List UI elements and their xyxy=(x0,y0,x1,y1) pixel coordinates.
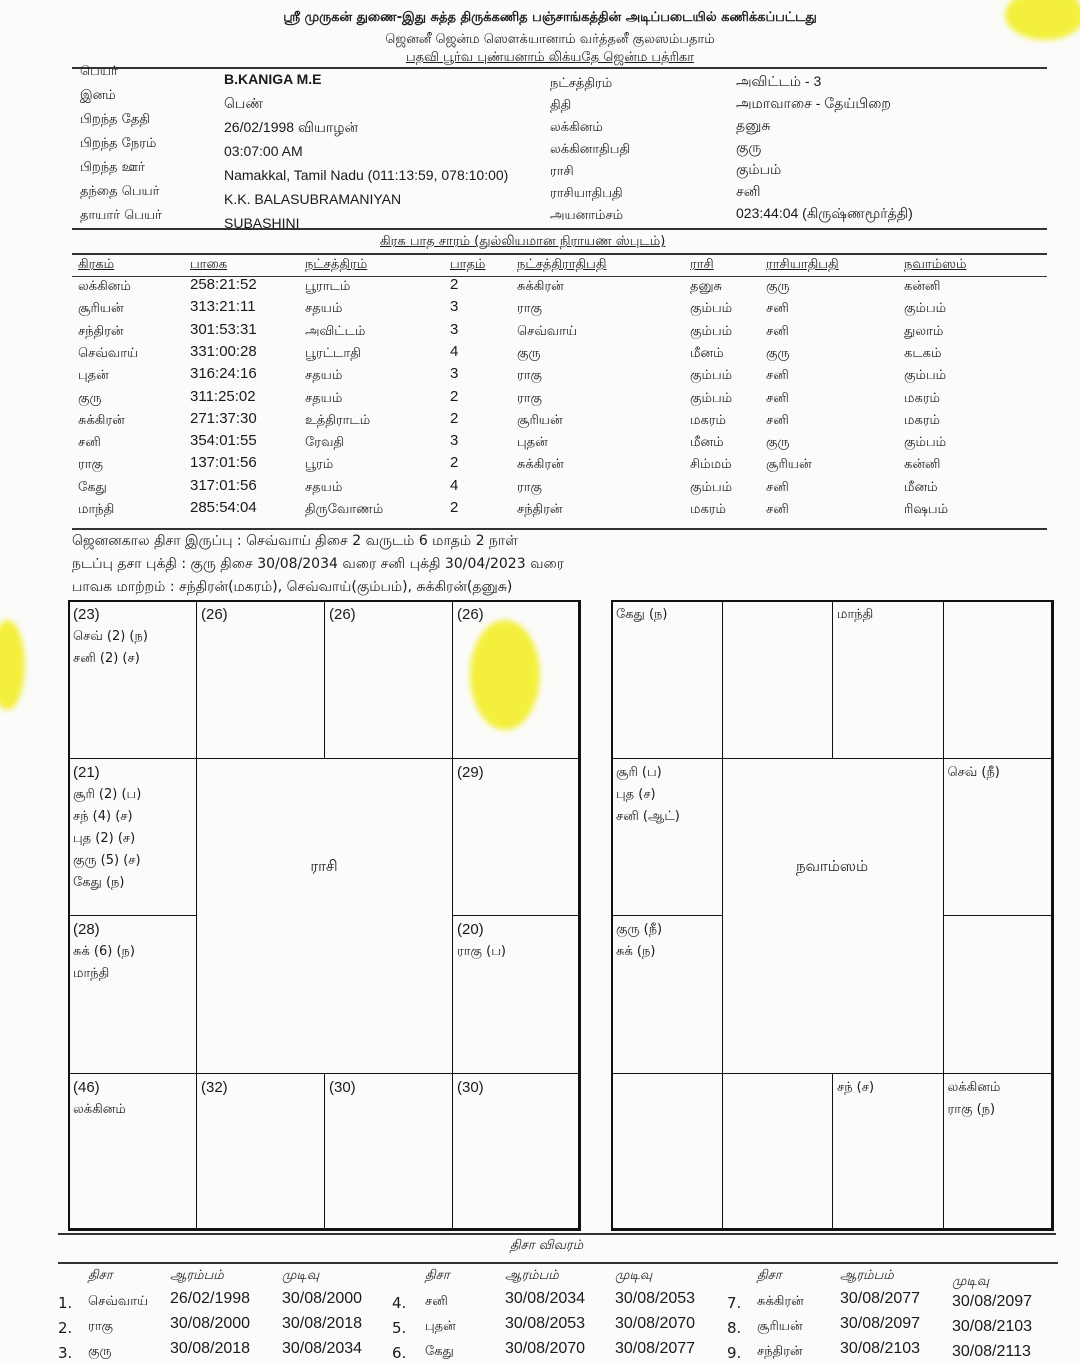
dasa-start: 30/08/2018 xyxy=(170,1340,250,1358)
dasa-balance: ஜெனனகால திசா இருப்பு : செவ்வாய் திசை 2 வ… xyxy=(72,533,518,551)
house-simmam: (20)ராகு (ப) xyxy=(452,915,581,1074)
table-cell: குரு xyxy=(766,279,790,295)
bhava-change: பாவக மாற்றம் : சந்திரன்(மகரம்), செவ்வாய்… xyxy=(72,579,512,597)
planet-entry: சனி (2) (ச) xyxy=(73,648,192,670)
field-label: பிறந்த ஊர் xyxy=(80,160,145,176)
table-cell: தனுசு xyxy=(690,279,722,295)
table-cell: ரேவதி xyxy=(305,435,344,451)
table-cell: சுக்கிரன் xyxy=(517,279,564,295)
house-kumbam: (21)சூரி (2) (ப)சந் (4) (ச)புத (2) (ச)கு… xyxy=(68,758,197,917)
dasa-planet: சந்திரன் xyxy=(757,1344,803,1360)
table-cell: சனி xyxy=(766,368,789,384)
house-degree: (21) xyxy=(73,762,192,784)
table-cell: 354:01:55 xyxy=(190,432,257,449)
dasa-index: 8. xyxy=(727,1319,741,1337)
dasa-header: திசா xyxy=(425,1268,450,1284)
table-cell: கும்பம் xyxy=(690,368,732,384)
table-cell: புதன் xyxy=(78,368,109,384)
table-cell: கன்னி xyxy=(904,457,940,473)
dasa-start: 26/02/1998 xyxy=(170,1290,250,1308)
table-cell: குரு xyxy=(78,391,102,407)
house-degree: (26) xyxy=(457,604,576,626)
planet-entry: குரு (5) (ச) xyxy=(73,850,192,872)
table-cell: மகரம் xyxy=(690,413,726,429)
dasa-planet: கேது xyxy=(425,1344,454,1360)
table-cell: 316:24:16 xyxy=(190,365,257,382)
dasa-index: 2. xyxy=(58,1319,72,1337)
table-cell: சூரியன் xyxy=(78,301,124,317)
dasa-end: 30/08/2113 xyxy=(952,1343,1031,1361)
house-kumbam: சூரி (ப)புத (ச)சனி (ஆட்) xyxy=(611,758,723,917)
field-value: அவிட்டம் - 3 xyxy=(736,73,821,92)
table-cell: 311:25:02 xyxy=(190,388,256,405)
house-degree: (23) xyxy=(73,604,192,626)
table-cell: கும்பம் xyxy=(690,301,732,317)
dasa-index: 5. xyxy=(392,1319,406,1337)
table-cell: செவ்வாய் xyxy=(78,346,138,362)
table-cell: 2 xyxy=(450,388,458,405)
house-dhanusu: (46)லக்கினம் xyxy=(68,1073,197,1232)
table-cell: சதயம் xyxy=(305,368,342,384)
dasa-index: 1. xyxy=(58,1294,72,1312)
dasa-planet: சூரியன் xyxy=(757,1319,803,1335)
table-cell: சந்திரன் xyxy=(78,324,124,340)
table-cell: பூரட்டாதி xyxy=(305,346,361,362)
table-cell: 2 xyxy=(450,276,458,293)
table-cell: அவிட்டம் xyxy=(305,324,365,340)
planet-entry: லக்கினம் xyxy=(948,1077,1050,1099)
planet-entry: புத (2) (ச) xyxy=(73,828,192,850)
field-label: தந்தை பெயர் xyxy=(80,184,159,200)
column-header: நவாம்ஸம் xyxy=(904,257,966,273)
table-cell: திருவோணம் xyxy=(305,502,383,518)
dasa-planet: புதன் xyxy=(425,1319,456,1335)
table-cell: கடகம் xyxy=(904,346,941,362)
field-value: 023:44:04 (கிருஷ்ணமூர்த்தி) xyxy=(736,205,913,224)
table-cell: மீனம் xyxy=(690,346,724,362)
dasa-start: 30/08/2077 xyxy=(840,1290,920,1308)
house-simmam xyxy=(943,915,1055,1074)
planet-entry: செவ் (2) (ந) xyxy=(73,626,192,648)
planet-entry: சனி (ஆட்) xyxy=(616,806,718,828)
table-cell: சதயம் xyxy=(305,480,342,496)
table-cell: மீனம் xyxy=(690,435,724,451)
house-degree: (26) xyxy=(201,604,320,626)
table-cell: கும்பம் xyxy=(690,480,732,496)
field-value: தனுசு xyxy=(736,117,771,136)
field-label: லக்கினாதிபதி xyxy=(550,142,630,158)
dasa-start: 30/08/2097 xyxy=(840,1315,920,1333)
column-header: பாகை xyxy=(190,257,227,273)
field-value: கும்பம் xyxy=(736,161,781,180)
table-cell: 258:21:52 xyxy=(190,276,257,293)
house-degree: (32) xyxy=(201,1077,320,1099)
house-meenam: கேது (ந) xyxy=(611,600,723,759)
table-cell: சதயம் xyxy=(305,391,342,407)
table-cell: லக்கினம் xyxy=(78,279,131,295)
field-label: ராசி xyxy=(550,164,574,180)
dasa-index: 6. xyxy=(392,1344,406,1362)
column-header: ராசியாதிபதி xyxy=(766,257,839,273)
dasa-header: முடிவு xyxy=(952,1274,989,1290)
table-cell: ராகு xyxy=(517,480,542,496)
planet-entry: மாந்தி xyxy=(73,963,192,985)
planet-entry: குரு (நீ) xyxy=(616,919,718,941)
dasa-header: ஆரம்பம் xyxy=(840,1268,894,1284)
dasa-header: முடிவு xyxy=(282,1268,319,1284)
header-line-1: ஸ்ரீ முருகன் துணை-இது சுத்த திருக்கணித ப… xyxy=(200,10,900,26)
table-cell: சனி xyxy=(766,413,789,429)
table-cell: கும்பம் xyxy=(904,301,946,317)
column-header: கிரகம் xyxy=(78,257,114,273)
divider xyxy=(58,1262,1058,1264)
dasa-planet: சுக்கிரன் xyxy=(757,1294,804,1310)
column-header: ராசி xyxy=(690,257,714,273)
table-cell: மகரம் xyxy=(904,413,940,429)
table-cell: பூரம் xyxy=(305,457,333,473)
dasa-index: 4. xyxy=(392,1294,406,1312)
dasa-index: 3. xyxy=(58,1344,72,1362)
field-value: K.K. BALASUBRAMANIYAN xyxy=(224,191,401,207)
divider xyxy=(72,253,1047,255)
house-viruchigam xyxy=(722,1073,834,1232)
table-cell: 313:21:11 xyxy=(190,298,256,315)
house-viruchigam: (32) xyxy=(196,1073,325,1232)
field-value: Namakkal, Tamil Nadu (011:13:59, 078:10:… xyxy=(224,167,508,183)
table-cell: சந்திரன் xyxy=(517,502,563,518)
table-cell: சூரியன் xyxy=(517,413,563,429)
table-cell: 331:00:28 xyxy=(190,343,257,360)
table-cell: சூரியன் xyxy=(766,457,812,473)
dasa-planet: ராகு xyxy=(88,1319,113,1335)
column-header: பாதம் xyxy=(450,257,485,273)
field-label: தாயார் பெயர் xyxy=(80,208,162,224)
dasa-index: 9. xyxy=(727,1344,741,1362)
house-rishabam: (26) xyxy=(324,600,453,759)
table-cell: 2 xyxy=(450,410,458,427)
planet-entry: கேது (ந) xyxy=(73,872,192,894)
table-cell: கன்னி xyxy=(904,279,940,295)
dasa-planet: குரு xyxy=(88,1344,112,1360)
house-rishabam: மாந்தி xyxy=(832,600,944,759)
field-label: ராசியாதிபதி xyxy=(550,186,623,202)
field-value: 03:07:00 AM xyxy=(224,143,303,159)
dasa-title: திசா விவரம் xyxy=(510,1238,583,1254)
house-degree: (20) xyxy=(457,919,576,941)
table-cell: சனி xyxy=(766,324,789,340)
field-value: பெண் xyxy=(224,95,263,114)
divider xyxy=(72,276,1047,277)
table-cell: கும்பம் xyxy=(690,324,732,340)
divider xyxy=(72,528,1047,530)
house-degree: (30) xyxy=(329,1077,448,1099)
table-cell: ராகு xyxy=(517,301,542,317)
dasa-end: 30/08/2000 xyxy=(282,1290,362,1308)
table-cell: குரு xyxy=(766,346,790,362)
table-cell: 2 xyxy=(450,454,458,471)
dasa-end: 30/08/2053 xyxy=(615,1290,695,1308)
planet-entry: ராகு (ப) xyxy=(457,941,576,963)
field-label: பிறந்த தேதி xyxy=(80,112,150,128)
planet-entry: சந் (ச) xyxy=(837,1077,939,1099)
table-cell: சுக்கிரன் xyxy=(517,457,564,473)
dasa-header: ஆரம்பம் xyxy=(170,1268,224,1284)
table-cell: சனி xyxy=(766,391,789,407)
house-mesham: (26) xyxy=(196,600,325,759)
table-cell: கும்பம் xyxy=(690,391,732,407)
table-cell: மாந்தி xyxy=(78,502,114,518)
table-cell: மகரம் xyxy=(690,502,726,518)
house-degree: (30) xyxy=(457,1077,576,1099)
table-cell: 301:53:31 xyxy=(190,321,257,338)
table-cell: சனி xyxy=(766,480,789,496)
house-degree: (28) xyxy=(73,919,192,941)
field-label: திதி xyxy=(550,98,571,114)
field-value: சனி xyxy=(736,183,761,202)
dasa-header: திசா xyxy=(88,1268,113,1284)
planet-entry: புத (ச) xyxy=(616,784,718,806)
divider xyxy=(58,1233,1056,1235)
header-line-3: பதவி பூர்வ புண்யனாம் லிக்யதே ஜென்ம பத்ரி… xyxy=(200,50,900,66)
house-meenam: (23)செவ் (2) (ந)சனி (2) (ச) xyxy=(68,600,197,759)
planet-entry: கேது (ந) xyxy=(616,604,718,626)
table-cell: சனி xyxy=(766,502,789,518)
table-cell: 3 xyxy=(450,365,458,382)
house-magaram: குரு (நீ)சுக் (ந) xyxy=(611,915,723,1074)
field-label: பெயர் xyxy=(80,64,118,80)
dasa-start: 30/08/2103 xyxy=(840,1340,920,1358)
planet-entry: சூரி (2) (ப) xyxy=(73,784,192,806)
column-header: நட்சத்திரம் xyxy=(305,257,367,273)
current-dasa: நடப்பு தசா புக்தி : குரு திசை 30/08/2034… xyxy=(72,556,564,574)
column-header: நட்சத்திராதிபதி xyxy=(517,257,607,273)
table-cell: சதயம் xyxy=(305,301,342,317)
table-cell: 3 xyxy=(450,298,458,315)
table-cell: செவ்வாய் xyxy=(517,324,577,340)
house-degree: (26) xyxy=(329,604,448,626)
table-cell: 4 xyxy=(450,343,458,360)
table-cell: புதன் xyxy=(517,435,548,451)
table-cell: மகரம் xyxy=(904,391,940,407)
table-cell: ராகு xyxy=(517,391,542,407)
table-cell: சுக்கிரன் xyxy=(78,413,125,429)
house-kanni: லக்கினம்ராகு (ந) xyxy=(943,1073,1055,1232)
dasa-end: 30/08/2097 xyxy=(952,1293,1032,1311)
dasa-header: முடிவு xyxy=(615,1268,652,1284)
dasa-end: 30/08/2018 xyxy=(282,1315,362,1333)
table-cell: உத்திராடம் xyxy=(305,413,370,429)
table-cell: சிம்மம் xyxy=(690,457,732,473)
table-cell: கும்பம் xyxy=(904,435,946,451)
table-cell: பூராடம் xyxy=(305,279,350,295)
dasa-planet: சனி xyxy=(425,1294,448,1310)
house-kanni: (30) xyxy=(452,1073,581,1232)
planet-entry: சூரி (ப) xyxy=(616,762,718,784)
field-value: அமாவாசை - தேய்பிறை xyxy=(736,95,891,114)
planet-entry: ராகு (ந) xyxy=(948,1099,1050,1121)
divider xyxy=(72,67,1047,69)
table-cell: சனி xyxy=(766,301,789,317)
chart-center-label: ராசி xyxy=(196,857,452,877)
house-mithunam xyxy=(943,600,1055,759)
table-cell: சனி xyxy=(78,435,101,451)
table-cell: 3 xyxy=(450,321,458,338)
table-cell: கும்பம் xyxy=(904,368,946,384)
planet-entry: லக்கினம் xyxy=(73,1099,192,1121)
planet-entry: சுக் (ந) xyxy=(616,941,718,963)
field-label: அயனாம்சம் xyxy=(550,208,623,224)
header-line-2: ஜெனனீ ஜென்ம ஸௌக்யானாம் வர்த்தனீ குலஸம்பத… xyxy=(200,32,900,48)
planet-table-title: கிரக பாத சாரம் (துல்லியமான நிராயண ஸ்புடம… xyxy=(380,234,665,250)
dasa-start: 30/08/2034 xyxy=(505,1290,585,1308)
house-kadagam: செவ் (நீ) xyxy=(943,758,1055,917)
house-thulam: சந் (ச) xyxy=(832,1073,944,1232)
dasa-end: 30/08/2034 xyxy=(282,1340,362,1358)
dasa-start: 30/08/2000 xyxy=(170,1315,250,1333)
planet-entry: செவ் (நீ) xyxy=(948,762,1050,784)
house-degree: (29) xyxy=(457,762,576,784)
field-label: நட்சத்திரம் xyxy=(550,76,612,92)
house-kadagam: (29) xyxy=(452,758,581,917)
field-value: B.KANIGA M.E xyxy=(224,71,321,87)
stain xyxy=(1005,0,1080,40)
house-dhanusu xyxy=(611,1073,723,1232)
dasa-end: 30/08/2070 xyxy=(615,1315,695,1333)
planet-entry: மாந்தி xyxy=(837,604,939,626)
table-cell: 2 xyxy=(450,499,458,516)
dasa-start: 30/08/2053 xyxy=(505,1315,585,1333)
table-cell: 271:37:30 xyxy=(190,410,257,427)
dasa-end: 30/08/2077 xyxy=(615,1340,695,1358)
house-degree: (46) xyxy=(73,1077,192,1099)
field-value: 26/02/1998 வியாழன் xyxy=(224,119,358,138)
table-cell: 285:54:04 xyxy=(190,499,257,516)
field-label: பிறந்த நேரம் xyxy=(80,136,156,152)
table-cell: கேது xyxy=(78,480,107,496)
table-cell: துலாம் xyxy=(904,324,943,340)
table-cell: 4 xyxy=(450,477,458,494)
table-cell: 3 xyxy=(450,432,458,449)
divider xyxy=(72,228,1047,230)
house-thulam: (30) xyxy=(324,1073,453,1232)
stain xyxy=(0,620,25,710)
table-cell: ராகு xyxy=(517,368,542,384)
dasa-header: திசா xyxy=(757,1268,782,1284)
house-mesham xyxy=(722,600,834,759)
table-cell: ராகு xyxy=(78,457,103,473)
table-cell: ரிஷபம் xyxy=(904,502,948,518)
planet-entry: சுக் (6) (ந) xyxy=(73,941,192,963)
table-cell: குரு xyxy=(766,435,790,451)
table-cell: மீனம் xyxy=(904,480,938,496)
field-label: இனம் xyxy=(80,88,116,104)
dasa-start: 30/08/2070 xyxy=(505,1340,585,1358)
table-cell: குரு xyxy=(517,346,541,362)
dasa-header: ஆரம்பம் xyxy=(505,1268,559,1284)
table-cell: 137:01:56 xyxy=(190,454,257,471)
table-cell: 317:01:56 xyxy=(190,477,257,494)
house-magaram: (28)சுக் (6) (ந)மாந்தி xyxy=(68,915,197,1074)
planet-entry: சந் (4) (ச) xyxy=(73,806,192,828)
chart-center-label: நவாம்ஸம் xyxy=(722,857,943,877)
house-mithunam: (26) xyxy=(452,600,581,759)
field-value: குரு xyxy=(736,139,761,158)
field-label: லக்கினம் xyxy=(550,120,603,136)
dasa-index: 7. xyxy=(727,1294,741,1312)
dasa-planet: செவ்வாய் xyxy=(88,1294,148,1310)
dasa-end: 30/08/2103 xyxy=(952,1318,1032,1336)
